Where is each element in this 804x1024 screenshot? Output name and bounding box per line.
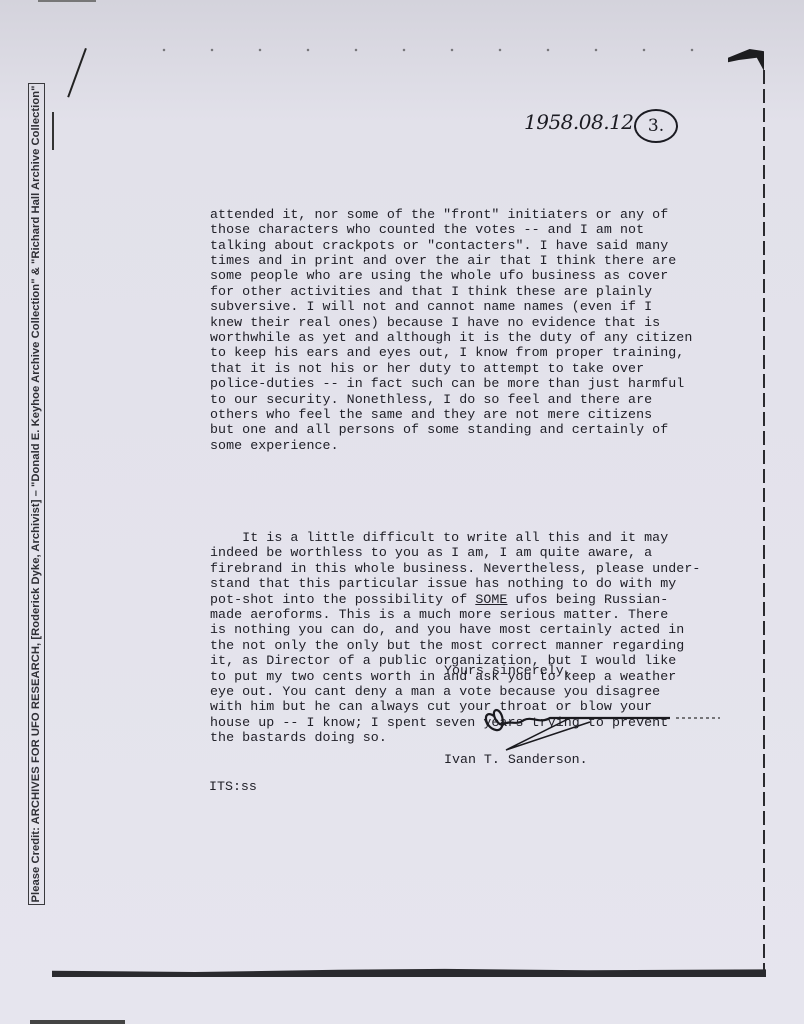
text-line: stand that this particular issue has not…	[210, 576, 770, 591]
text-line: firebrand in this whole business. Nevert…	[210, 561, 770, 576]
scan-artifact	[30, 1020, 125, 1024]
text-line: but one and all persons of some standing…	[210, 422, 770, 437]
scan-artifact	[38, 0, 96, 2]
reference-initials: ITS:ss	[209, 779, 257, 794]
text-line: some people who are using the whole ufo …	[210, 268, 770, 283]
text-line: to keep his ears and eyes out, I know fr…	[210, 345, 770, 360]
text-line: knew their real ones) because I have no …	[210, 315, 770, 330]
text-line: for other activities and that I think th…	[210, 284, 770, 299]
text-line: others who feel the same and they are no…	[210, 407, 770, 422]
text-line: the not only the only but the most corre…	[210, 638, 770, 653]
signer-name: Ivan T. Sanderson.	[444, 752, 588, 767]
text-line: subversive. I will not and cannot name n…	[210, 299, 770, 314]
pen-mark	[52, 112, 54, 150]
text-line: is nothing you can do, and you have most…	[210, 622, 770, 637]
text-line: to our security. Nonethless, I do so fee…	[210, 392, 770, 407]
circled-page-number: 3.	[634, 109, 678, 143]
text-line: times and in print and over the air that…	[210, 253, 770, 268]
underlined-word: SOME	[475, 592, 507, 607]
text-line: pot-shot into the possibility of SOME uf…	[210, 592, 770, 607]
handwritten-date: 1958.08.12	[524, 110, 634, 134]
pen-mark	[67, 48, 87, 98]
text-line: police-duties -- in fact such can be mor…	[210, 376, 770, 391]
text-line: It is a little difficult to write all th…	[210, 530, 770, 545]
text-line: attended it, nor some of the "front" ini…	[210, 207, 770, 222]
text-line: some experience.	[210, 438, 770, 453]
paragraph-1: attended it, nor some of the "front" ini…	[210, 207, 770, 453]
letter-closing: Yours sincerely,	[444, 663, 572, 678]
archive-credit-line: Please Credit: ARCHIVES FOR UFO RESEARCH…	[30, 86, 42, 903]
corner-tear-mark	[728, 49, 764, 71]
text-line: talking about crackpots or "contacters".…	[210, 238, 770, 253]
text-line: those characters who counted the votes -…	[210, 222, 770, 237]
text-line: indeed be worthless to you as I am, I am…	[210, 545, 770, 560]
letter-body: attended it, nor some of the "front" ini…	[210, 176, 770, 776]
page-bottom-edge	[52, 968, 766, 977]
scanned-page: Please Credit: ARCHIVES FOR UFO RESEARCH…	[0, 0, 804, 1024]
handwritten-signature	[480, 698, 740, 754]
scan-artifact-dots	[140, 48, 700, 52]
text-line: made aeroforms. This is a much more seri…	[210, 607, 770, 622]
text-line: worthwhile as yet and although it is the…	[210, 330, 770, 345]
page-number: 3.	[648, 116, 664, 136]
text-line: that it is not his or her duty to attemp…	[210, 361, 770, 376]
